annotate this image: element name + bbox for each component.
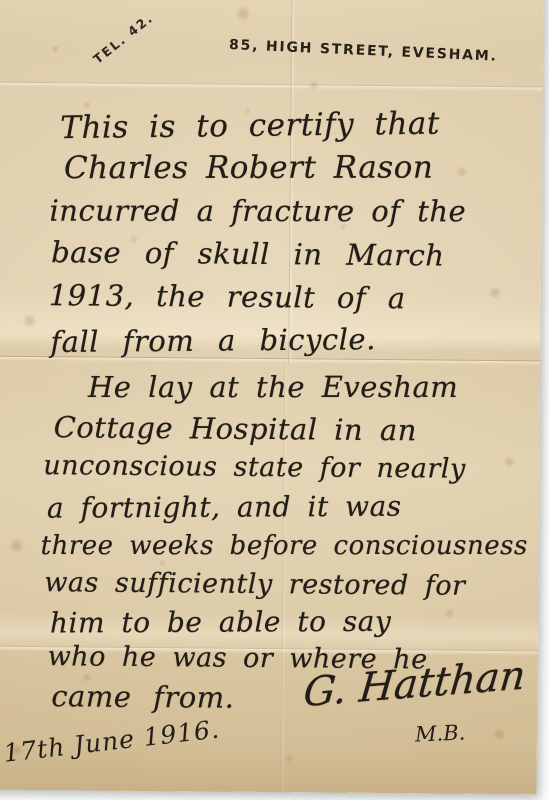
handwritten-line-4: base of skull in March: [51, 235, 445, 272]
photo-frame: TEL. 42. 85, HIGH STREET, EVESHAM. This …: [0, 0, 549, 800]
letterhead-address: 85, HIGH STREET, EVESHAM.: [229, 37, 498, 65]
handwritten-line-6: fall from a bicycle.: [50, 322, 376, 359]
handwritten-line-3: incurred a fracture of the: [50, 194, 467, 229]
foxing-spot: [493, 728, 506, 741]
foxing-spot: [456, 166, 468, 178]
handwritten-line-7: He lay at the Evesham: [88, 370, 458, 404]
fold-crease-top: [0, 82, 543, 92]
foxing-spot: [235, 6, 251, 22]
handwritten-line-10: a fortnight, and it was: [47, 490, 402, 525]
handwritten-line-13: him to be able to say: [50, 605, 391, 640]
foxing-spot: [51, 44, 60, 53]
handwritten-line-2: Charles Robert Rason: [64, 150, 433, 187]
handwritten-line-1: This is to certify that: [60, 106, 440, 147]
handwritten-line-12: was sufficiently restored for: [44, 567, 465, 602]
foxing-spot: [444, 608, 455, 619]
handwritten-line-15: came from.: [51, 679, 234, 715]
letterhead-telephone: TEL. 42.: [90, 10, 156, 67]
foxing-spot: [82, 100, 91, 109]
handwritten-line-9: unconscious state for nearly: [43, 450, 466, 485]
foxing-spot: [309, 80, 319, 90]
foxing-spot: [489, 286, 502, 299]
letter-paper: TEL. 42. 85, HIGH STREET, EVESHAM. This …: [0, 0, 544, 794]
foxing-spot: [285, 754, 294, 763]
handwritten-line-8: Cottage Hospital in an: [54, 410, 418, 447]
signature-credentials: M.B.: [414, 720, 465, 746]
foxing-spot: [503, 456, 515, 468]
handwritten-line-5: 1913, the result of a: [49, 278, 406, 315]
foxing-spot: [23, 314, 37, 328]
date-line: 17th June 1916.: [2, 714, 221, 767]
handwritten-line-11: three weeks before consciousness: [41, 531, 528, 561]
foxing-spot: [9, 538, 25, 554]
